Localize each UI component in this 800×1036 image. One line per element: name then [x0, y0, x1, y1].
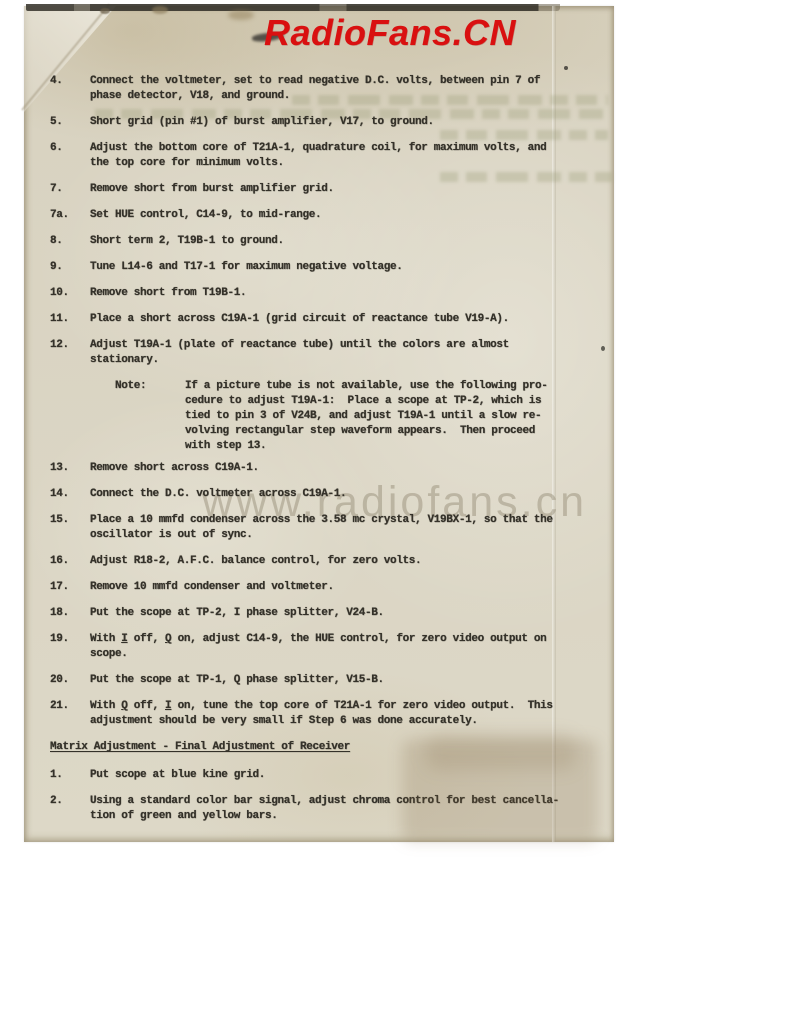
step-text: Remove short from T19B-1.: [90, 286, 582, 301]
step-number: 12.: [24, 338, 90, 368]
step-text: Remove 10 mmfd condenser and voltmeter.: [90, 580, 582, 595]
step-text: Adjust T19A-1 (plate of reactance tube) …: [90, 338, 582, 368]
procedure-step: 14.Connect the D.C. voltmeter across C19…: [24, 487, 614, 502]
procedure-step: 13.Remove short across C19A-1.: [24, 461, 614, 476]
procedure-step: 20.Put the scope at TP-1, Q phase splitt…: [24, 673, 614, 688]
page-content: 4.Connect the voltmeter, set to read neg…: [24, 74, 614, 835]
step-number: 18.: [24, 606, 90, 621]
step-number: 1.: [24, 768, 90, 783]
procedure-step: 5.Short grid (pin #1) of burst amplifier…: [24, 115, 614, 130]
step-text: Place a 10 mmfd condenser across the 3.5…: [90, 513, 582, 543]
step-text: Short term 2, T19B-1 to ground.: [90, 234, 582, 249]
step-number: 11.: [24, 312, 90, 327]
procedure-step: 10.Remove short from T19B-1.: [24, 286, 614, 301]
step-text: Set HUE control, C14-9, to mid-range.: [90, 208, 582, 223]
procedure-step: 8.Short term 2, T19B-1 to ground.: [24, 234, 614, 249]
paper-speck: [152, 6, 168, 14]
procedure-step: 9.Tune L14-6 and T17-1 for maximum negat…: [24, 260, 614, 275]
procedure-step: 16.Adjust R18-2, A.F.C. balance control,…: [24, 554, 614, 569]
step-text: Place a short across C19A-1 (grid circui…: [90, 312, 582, 327]
procedure-list: 4.Connect the voltmeter, set to read neg…: [24, 74, 614, 729]
step-text: With I off, Q on, adjust C14-9, the HUE …: [90, 632, 582, 662]
step-text: Connect the voltmeter, set to read negat…: [90, 74, 582, 104]
step-text: Connect the D.C. voltmeter across C19A-1…: [90, 487, 582, 502]
step-number: 5.: [24, 115, 90, 130]
paper-stain: [426, 734, 576, 770]
step-number: 13.: [24, 461, 90, 476]
paper-speck: [100, 8, 110, 14]
step-text: Short grid (pin #1) of burst amplifier, …: [90, 115, 582, 130]
step-number: 8.: [24, 234, 90, 249]
procedure-step: 21.With Q off, I on, tune the top core o…: [24, 699, 614, 729]
procedure-step: 12.Adjust T19A-1 (plate of reactance tub…: [24, 338, 614, 368]
step-text: Tune L14-6 and T17-1 for maximum negativ…: [90, 260, 582, 275]
procedure-step: 17.Remove 10 mmfd condenser and voltmete…: [24, 580, 614, 595]
procedure-step: 19.With I off, Q on, adjust C14-9, the H…: [24, 632, 614, 662]
procedure-step: 15.Place a 10 mmfd condenser across the …: [24, 513, 614, 543]
paper-speck: [228, 10, 254, 20]
step-text: Remove short across C19A-1.: [90, 461, 582, 476]
scanned-page: RadioFans.CN www.radiofans.cn 4.Connect …: [24, 6, 614, 842]
step-number: 19.: [24, 632, 90, 662]
procedure-step: 11.Place a short across C19A-1 (grid cir…: [24, 312, 614, 327]
note-block: Note:If a picture tube is not available,…: [115, 379, 614, 454]
step-number: 14.: [24, 487, 90, 502]
step-number: 10.: [24, 286, 90, 301]
step-text: Put the scope at TP-1, Q phase splitter,…: [90, 673, 582, 688]
procedure-step: 7.Remove short from burst amplifier grid…: [24, 182, 614, 197]
paper-speck: [564, 66, 568, 70]
step-number: 7a.: [24, 208, 90, 223]
step-text: Remove short from burst amplifier grid.: [90, 182, 582, 197]
step-number: 7.: [24, 182, 90, 197]
procedure-step: 18.Put the scope at TP-2, I phase splitt…: [24, 606, 614, 621]
step-number: 15.: [24, 513, 90, 543]
step-number: 17.: [24, 580, 90, 595]
step-text: With Q off, I on, tune the top core of T…: [90, 699, 582, 729]
step-number: 21.: [24, 699, 90, 729]
procedure-step: 4.Connect the voltmeter, set to read neg…: [24, 74, 614, 104]
step-number: 2.: [24, 794, 90, 824]
step-number: 16.: [24, 554, 90, 569]
scan-canvas: { "watermark": { "brand": "RadioFans.CN"…: [0, 0, 800, 1036]
note-text: If a picture tube is not available, use …: [185, 379, 585, 454]
procedure-step: 7a.Set HUE control, C14-9, to mid-range.: [24, 208, 614, 223]
step-number: 20.: [24, 673, 90, 688]
note-label: Note:: [115, 379, 185, 454]
step-text: Adjust R18-2, A.F.C. balance control, fo…: [90, 554, 582, 569]
step-text: Put the scope at TP-2, I phase splitter,…: [90, 606, 582, 621]
step-number: 6.: [24, 141, 90, 171]
procedure-step: 6.Adjust the bottom core of T21A-1, quad…: [24, 141, 614, 171]
step-text: Adjust the bottom core of T21A-1, quadra…: [90, 141, 582, 171]
step-number: 4.: [24, 74, 90, 104]
watermark-brand: RadioFans.CN: [264, 12, 516, 54]
step-number: 9.: [24, 260, 90, 275]
